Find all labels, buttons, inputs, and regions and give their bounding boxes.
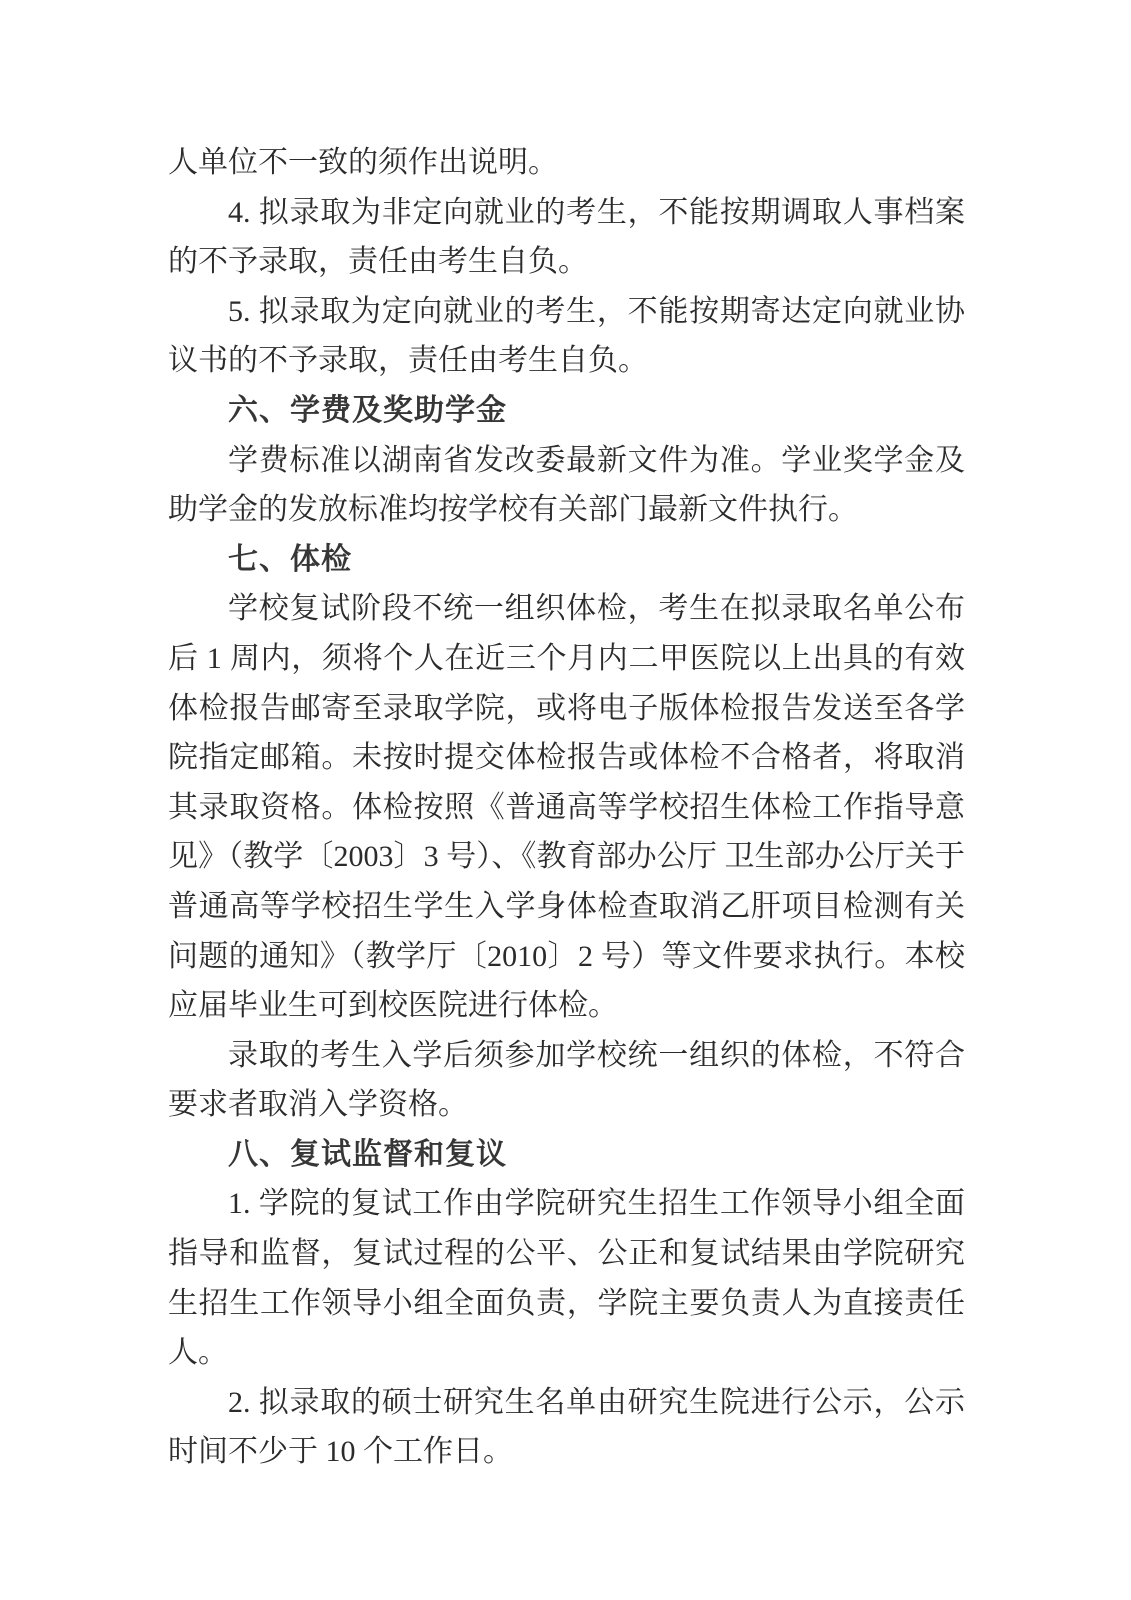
para-item-5-directed: 5. 拟录取为定向就业的考生，不能按期寄达定向就业协议书的不予录取，责任由考生自…	[168, 287, 965, 386]
document-page: 人单位不一致的须作出说明。 4. 拟录取为非定向就业的考生，不能按期调取人事档案…	[0, 0, 1131, 1600]
para-item-2-publicity: 2. 拟录取的硕士研究生名单由研究生院进行公示，公示时间不少于 10 个工作日。	[168, 1378, 965, 1477]
para-enrollment-exam: 录取的考生入学后须参加学校统一组织的体检，不符合要求者取消入学资格。	[168, 1031, 965, 1130]
para-item-1-supervision: 1. 学院的复试工作由学院研究生招生工作领导小组全面指导和监督，复试过程的公平、…	[168, 1179, 965, 1377]
para-physical-exam-details: 学校复试阶段不统一组织体检，考生在拟录取名单公布后 1 周内，须将个人在近三个月…	[168, 584, 965, 1030]
heading-section-8-supervision: 八、复试监督和复议	[168, 1130, 965, 1180]
para-item-4-nondirected: 4. 拟录取为非定向就业的考生，不能按期调取人事档案的不予录取，责任由考生自负。	[168, 188, 965, 287]
para-tuition-policy: 学费标准以湖南省发改委最新文件为准。学业奖学金及助学金的发放标准均按学校有关部门…	[168, 436, 965, 535]
para-prev-continuation: 人单位不一致的须作出说明。	[168, 138, 965, 188]
heading-section-7-physical-exam: 七、体检	[168, 535, 965, 585]
heading-section-6-tuition: 六、学费及奖助学金	[168, 386, 965, 436]
